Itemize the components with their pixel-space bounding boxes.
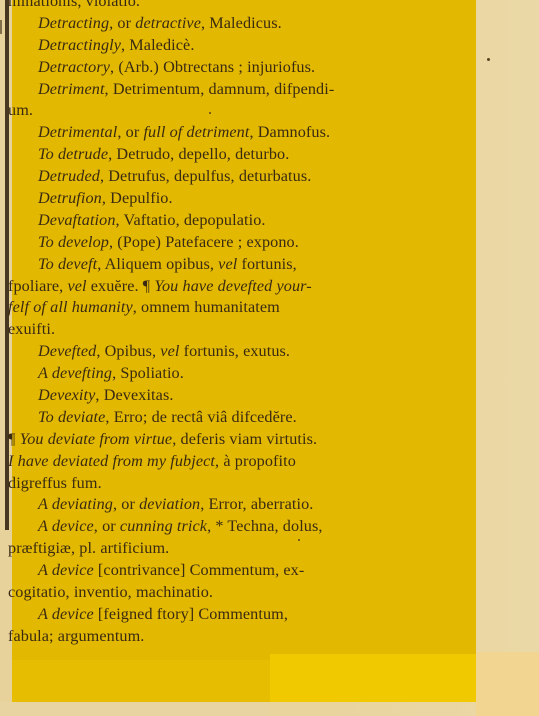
headword-italic: A device	[38, 517, 94, 535]
definition-text: , Spoliatio.	[112, 364, 184, 382]
dictionary-entry-line: To develop, (Pope) Patefacere ; expono.	[4, 232, 464, 254]
definition-text: , Damnofus.	[249, 123, 330, 141]
headword-italic: detractive	[135, 14, 201, 32]
dictionary-entry-line: A devefting, Spoliatio.	[4, 363, 464, 385]
definition-text: , Depulfio.	[102, 189, 173, 207]
definition-text: , or	[94, 517, 120, 535]
headword-italic: To detrude	[38, 145, 108, 163]
headword-italic: cunning trick	[120, 517, 207, 535]
definition-text: , Vaftatio, depopulatio.	[116, 211, 266, 229]
definition-text: fortunis, exutus.	[179, 342, 290, 360]
dictionary-entry-line: A device [contrivance] Commentum, ex-	[4, 560, 464, 582]
dictionary-entry-line: A device, or cunning trick, * Techna, do…	[4, 516, 464, 538]
definition-text: , (Pope) Patefacere ; expono.	[109, 233, 299, 251]
definition-text: , Detrufus, depulfus, deturbatus.	[100, 167, 311, 185]
headword-italic: Detractingly	[38, 36, 121, 54]
headword-italic: A deviating	[38, 495, 113, 513]
highlight-overlay-light	[270, 654, 476, 702]
dictionary-entry-line: To deveft, Aliquem opibus, vel fortunis,	[4, 254, 464, 276]
definition-text: exuifti.	[8, 320, 55, 338]
headword-italic: To deveft	[38, 255, 97, 273]
headword-italic: You have devefted your-	[154, 277, 311, 295]
definition-text: , or	[117, 123, 143, 141]
headword-italic: Detracting	[38, 14, 109, 32]
dictionary-continuation-line: I have deviated from my fubject, à propo…	[4, 451, 464, 473]
dictionary-entry-line: Detractory, (Arb.) Obtrectans ; injuriof…	[4, 57, 464, 79]
headword-italic: A devefting	[38, 364, 112, 382]
headword-italic: Detrufion	[38, 189, 102, 207]
headword-italic: felf of all humanity	[8, 298, 133, 316]
headword-italic: To deviate	[38, 408, 105, 426]
definition-text: , or	[109, 14, 135, 32]
headword-italic: Detriment	[38, 80, 105, 98]
definition-text: , Aliquem opibus,	[97, 255, 218, 273]
dictionary-text-column: minationis, violatio.Detracting, or detr…	[4, 0, 464, 648]
headword-italic: full of detriment	[143, 123, 249, 141]
definition-text: præftigiæ, pl. artificium.	[8, 539, 169, 557]
headword-italic: vel	[218, 255, 237, 273]
dictionary-continuation-line: digreffus fum.	[4, 473, 464, 495]
headword-italic: deviation	[139, 495, 200, 513]
dictionary-entry-line: Detrimental, or full of detriment, Damno…	[4, 122, 464, 144]
headword-italic: A device	[38, 561, 94, 579]
definition-text: , Devexitas.	[95, 386, 173, 404]
definition-text: , Opibus,	[96, 342, 160, 360]
definition-text: , Maledicus.	[201, 14, 282, 32]
definition-text: , Detrimentum, damnum, difpendi-	[105, 80, 335, 98]
definition-text: , omnem humanitatem	[133, 298, 280, 316]
definition-text: minationis, violatio.	[8, 0, 140, 10]
headword-italic: Detractory	[38, 58, 110, 76]
definition-text: , (Arb.) Obtrectans ; injuriofus.	[110, 58, 315, 76]
dictionary-continuation-line: exuifti.	[4, 319, 464, 341]
dictionary-entry-line: Devaftation, Vaftatio, depopulatio.	[4, 210, 464, 232]
definition-text: digreffus fum.	[8, 474, 102, 492]
headword-italic: You deviate from virtue	[20, 430, 173, 448]
definition-text: , Detrudo, depello, deturbo.	[108, 145, 289, 163]
dictionary-entry-line: Detracting, or detractive, Maledicus.	[4, 13, 464, 35]
definition-text: exuĕre. ¶	[87, 277, 155, 295]
definition-text: , Maledicè.	[121, 36, 194, 54]
dictionary-entry-line: A device [feigned ftory] Commentum,	[4, 604, 464, 626]
headword-italic: Devefted	[38, 342, 96, 360]
definition-text: [feigned ftory] Commentum,	[94, 605, 288, 623]
dictionary-entry-line: Detriment, Detrimentum, damnum, difpendi…	[4, 79, 464, 101]
headword-italic: vel	[67, 277, 86, 295]
highlight-overlay-faint-bottom	[0, 702, 270, 716]
definition-text: fabula; argumentum.	[8, 627, 144, 645]
headword-italic: Detruded	[38, 167, 100, 185]
dictionary-entry-line: Devexity, Devexitas.	[4, 385, 464, 407]
dictionary-continuation-line: felf of all humanity, omnem humanitatem	[4, 297, 464, 319]
dictionary-entry-line: Detrufion, Depulfio.	[4, 188, 464, 210]
headword-italic: I have deviated from my fubject	[8, 452, 215, 470]
dictionary-entry-line: Detruded, Detrufus, depulfus, deturbatus…	[4, 166, 464, 188]
dictionary-entry-line: Devefted, Opibus, vel fortunis, exutus.	[4, 341, 464, 363]
definition-text: fpoliare,	[8, 277, 67, 295]
definition-text: , Error, aberratio.	[200, 495, 313, 513]
gutter-mark	[0, 20, 2, 34]
dictionary-continuation-line: fpoliare, vel exuĕre. ¶ You have devefte…	[4, 276, 464, 298]
definition-text: [contrivance] Commentum, ex-	[94, 561, 305, 579]
dictionary-entry-line: To deviate, Erro; de rectâ viâ difcedĕre…	[4, 407, 464, 429]
definition-text: , deferis viam virtutis.	[172, 430, 317, 448]
dictionary-continuation-line: ¶ You deviate from virtue, deferis viam …	[4, 429, 464, 451]
headword-italic: Devaftation	[38, 211, 116, 229]
headword-italic: vel	[160, 342, 179, 360]
dictionary-continuation-line: um.	[4, 100, 464, 122]
dictionary-entry-line: A deviating, or deviation, Error, aberra…	[4, 494, 464, 516]
headword-italic: Detrimental	[38, 123, 117, 141]
definition-text: cogitatio, inventio, machinatio.	[8, 583, 213, 601]
definition-text: , * Techna, dolus,	[207, 517, 322, 535]
definition-text: , à propofito	[215, 452, 296, 470]
headword-italic: To develop	[38, 233, 109, 251]
dictionary-entry-line: To detrude, Detrudo, depello, deturbo.	[4, 144, 464, 166]
definition-text: , or	[113, 495, 139, 513]
definition-text: ¶	[8, 430, 20, 448]
headword-italic: Devexity	[38, 386, 95, 404]
headword-italic: A device	[38, 605, 94, 623]
ink-speck	[487, 58, 490, 61]
highlight-overlay-faint	[476, 652, 539, 716]
definition-text: um.	[8, 101, 33, 119]
definition-text: , Erro; de rectâ viâ difcedĕre.	[105, 408, 296, 426]
dictionary-continuation-line: cogitatio, inventio, machinatio.	[4, 582, 464, 604]
dictionary-continuation-line: præftigiæ, pl. artificium.	[4, 538, 464, 560]
dictionary-continuation-line: fabula; argumentum.	[4, 626, 464, 648]
dictionary-entry-line: Detractingly, Maledicè.	[4, 35, 464, 57]
dictionary-continuation-line: minationis, violatio.	[4, 0, 464, 13]
definition-text: fortunis,	[237, 255, 296, 273]
